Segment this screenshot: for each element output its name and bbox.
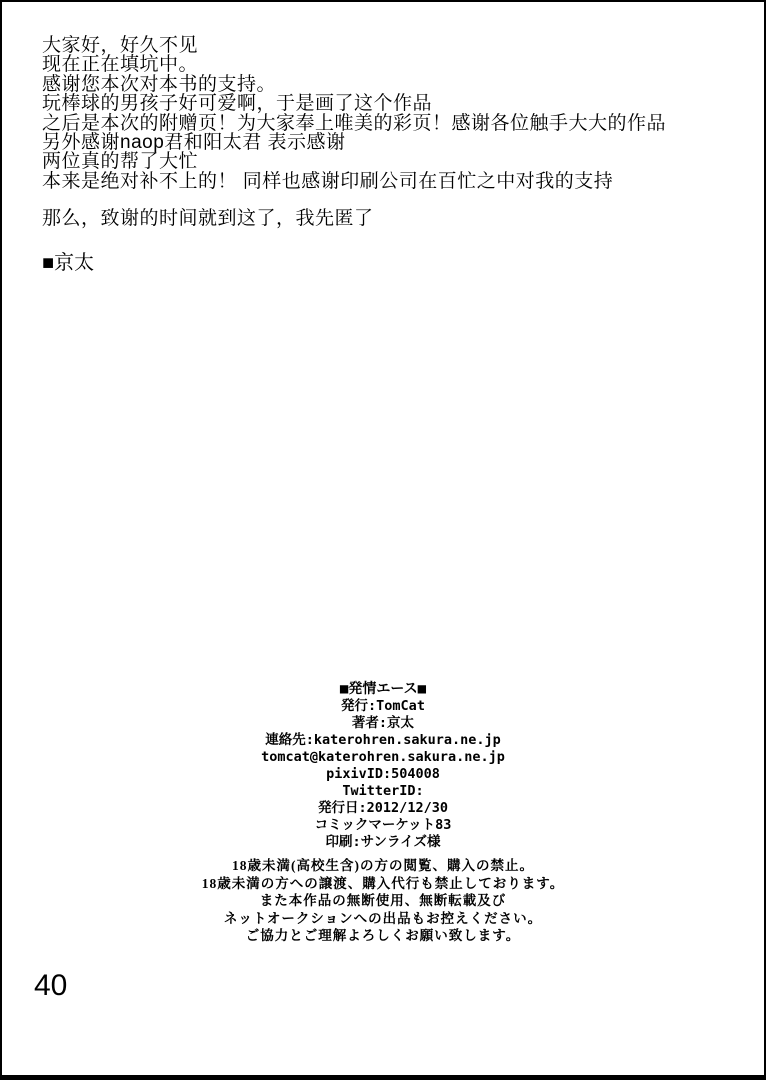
greeting-line: 感谢您本次对本书的支持。 xyxy=(42,75,666,94)
doujinshi-afterword-page: 大家好，好久不见 现在正在填坑中。 感谢您本次对本书的支持。 玩棒球的男孩子好可… xyxy=(0,0,766,1080)
disclaimer-line: 18歳未満(高校生含)の方の閲覧、購入の禁止。 xyxy=(2,857,764,875)
author-signature: ■京太 xyxy=(42,252,94,275)
page-number: 40 xyxy=(34,970,67,1002)
greeting-line: 大家好，好久不见 xyxy=(42,36,666,55)
credits-author: 著者:京太 xyxy=(2,715,764,732)
credits-contact-email: tomcat@katerohren.sakura.ne.jp xyxy=(2,749,764,766)
greeting-line: 之后是本次的附赠页！为大家奉上唯美的彩页！感谢各位触手大大的作品 xyxy=(42,114,666,133)
credits-publish-date: 発行日:2012/12/30 xyxy=(2,800,764,817)
disclaimer-line: また本作品の無断使用、無断転載及び xyxy=(2,892,764,910)
greeting-line: 另外感谢naop君和阳太君 表示感谢 xyxy=(42,133,666,152)
credits-contact-site: 連絡先:katerohren.sakura.ne.jp xyxy=(2,732,764,749)
credits-event: コミックマーケット83 xyxy=(2,817,764,834)
credits-publisher: 発行:TomCat xyxy=(2,698,764,715)
disclaimer-line: 18歳未満の方への譲渡、購入代行も禁止しております。 xyxy=(2,875,764,893)
credits-title: ■発情エース■ xyxy=(2,681,764,698)
greeting-line: 现在正在填坑中。 xyxy=(42,55,666,74)
greeting-text-block: 大家好，好久不见 现在正在填坑中。 感谢您本次对本书的支持。 玩棒球的男孩子好可… xyxy=(42,36,666,191)
credits-printer: 印刷:サンライズ様 xyxy=(2,834,764,851)
disclaimer-block: 18歳未満(高校生含)の方の閲覧、購入の禁止。 18歳未満の方への譲渡、購入代行… xyxy=(2,857,764,945)
greeting-line: 本来是绝对补不上的！ 同样也感谢印刷公司在百忙之中对我的支持 xyxy=(42,172,666,191)
greeting-line: 玩棒球的男孩子好可爱啊，于是画了这个作品 xyxy=(42,94,666,113)
credits-twitter-id: TwitterID: xyxy=(2,783,764,800)
credits-block: ■発情エース■ 発行:TomCat 著者:京太 連絡先:katerohren.s… xyxy=(2,681,764,851)
disclaimer-line: ご協力とご理解よろしくお願い致します。 xyxy=(2,927,764,945)
credits-pixiv-id: pixivID:504008 xyxy=(2,766,764,783)
disclaimer-line: ネットオークションへの出品もお控えください。 xyxy=(2,910,764,928)
closing-line: 那么，致谢的时间就到这了，我先匿了 xyxy=(42,208,374,230)
greeting-line: 两位真的帮了大忙 xyxy=(42,152,666,171)
